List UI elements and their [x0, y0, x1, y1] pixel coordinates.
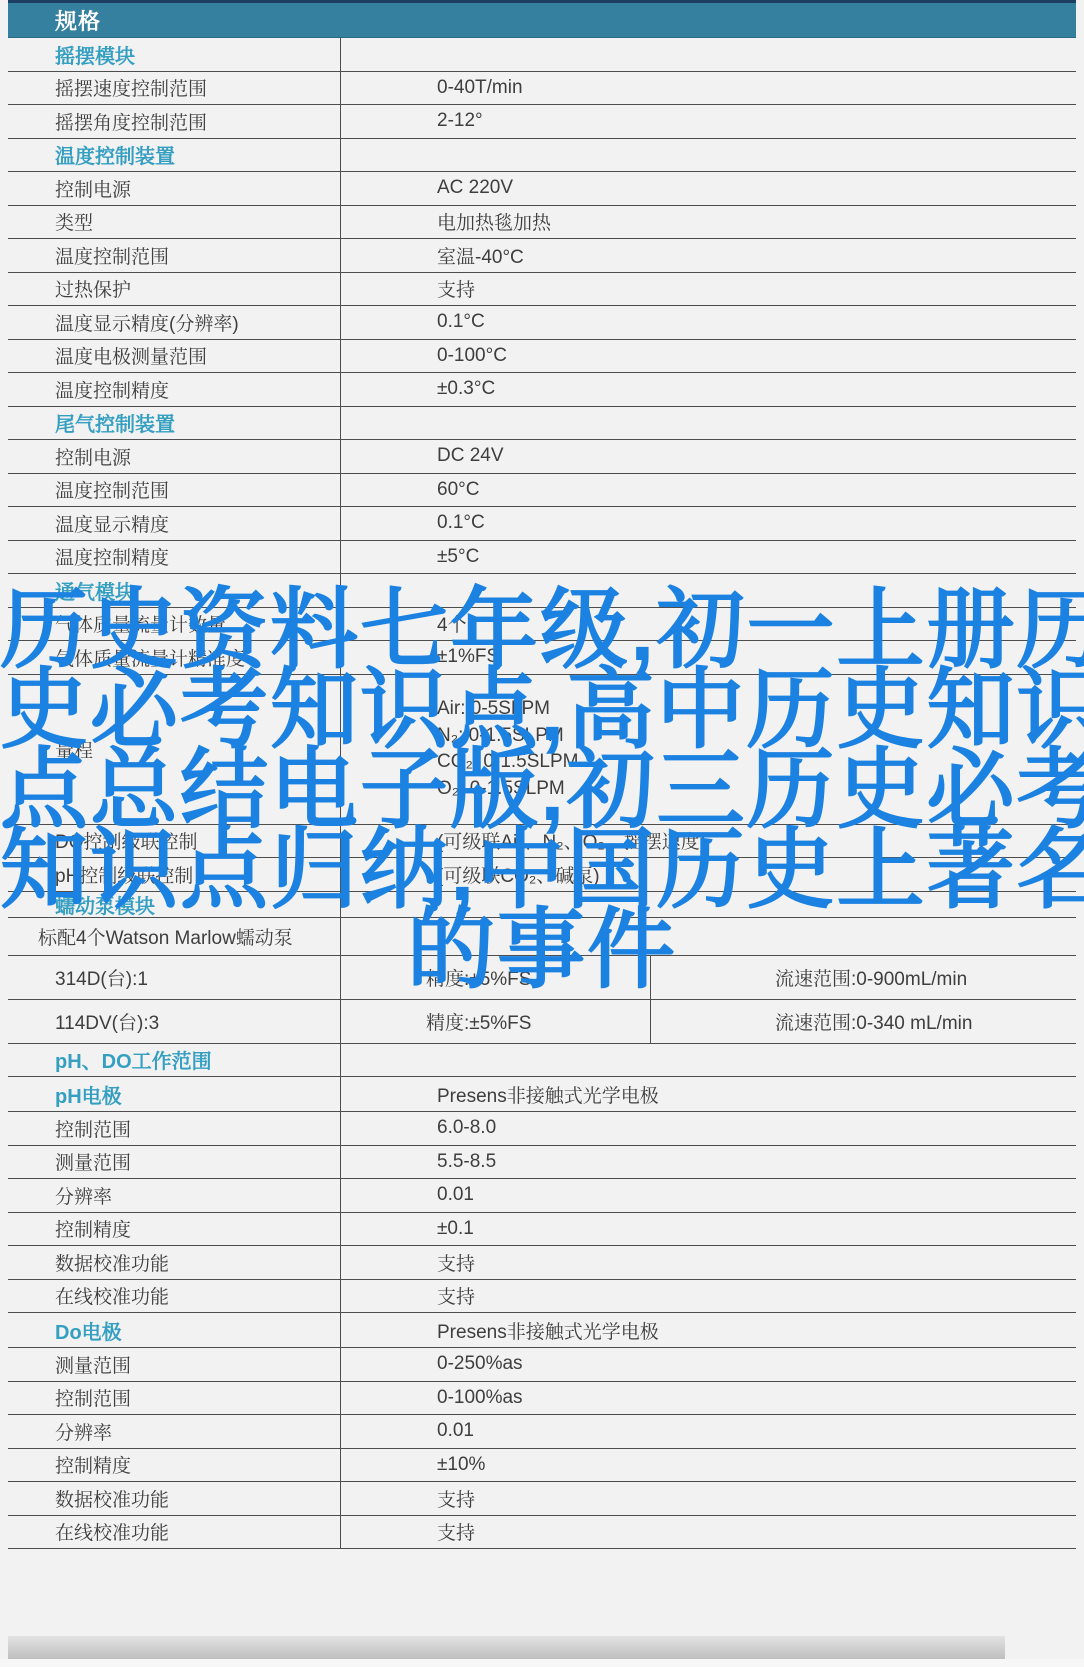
column-divider: [340, 608, 341, 642]
gas-range-line: N₂: 0-1.5SLPM: [437, 723, 1076, 750]
row-value: (可级联CO₂、碱泵): [340, 861, 1076, 888]
table-row: 气体质量流量计精准度±1%FS: [8, 641, 1076, 675]
table-row: 测量范围0-250%as: [8, 1348, 1076, 1382]
column-divider: [340, 172, 341, 206]
row-value: 4个: [340, 610, 1076, 637]
table-row: 量程Air: 0-5SLPMN₂: 0-1.5SLPMCO₂: 0-1.5SLP…: [8, 675, 1076, 825]
column-divider: [340, 1000, 341, 1044]
column-divider: [650, 1000, 651, 1044]
table-row: 114DV(台):3精度:±5%FS流速范围:0-340 mL/min: [8, 1000, 1076, 1044]
row-label: 控制精度: [8, 1215, 340, 1242]
row-label: 控制精度: [8, 1451, 340, 1478]
column-divider: [340, 825, 341, 859]
spec-sheet-page: 规格 摇摆模块摇摆速度控制范围0-40T/min摇摆角度控制范围2-12°温度控…: [0, 0, 1084, 1667]
column-divider: [340, 641, 341, 675]
row-value: Air: 0-5SLPMN₂: 0-1.5SLPMCO₂: 0-1.5SLPMO…: [340, 696, 1076, 802]
row-value: 支持: [340, 275, 1076, 302]
row-label: 蠕动泵模块: [8, 890, 340, 919]
table-row: 控制电源DC 24V: [8, 440, 1076, 474]
section-row: 通气模块: [8, 574, 1076, 608]
table-row: 控制精度±0.1: [8, 1213, 1076, 1247]
row-label: 测量范围: [8, 1148, 340, 1175]
row-label: 摇摆模块: [8, 40, 340, 69]
page-bottom-strip: [0, 1659, 1084, 1667]
spec-table: 规格 摇摆模块摇摆速度控制范围0-40T/min摇摆角度控制范围2-12°温度控…: [8, 0, 1076, 1549]
table-row: 温度控制精度±0.3°C: [8, 373, 1076, 407]
row-value: 0.01: [340, 1184, 1076, 1206]
row-value: 2-12°: [340, 110, 1076, 132]
column-divider: [340, 1348, 341, 1382]
column-divider: [340, 858, 341, 892]
row-precision: 精度:±5%FS: [340, 964, 650, 991]
row-value: 支持: [340, 1282, 1076, 1309]
column-divider: [340, 273, 341, 307]
table-row: 温度控制范围60°C: [8, 474, 1076, 508]
row-label: 摇摆角度控制范围: [8, 108, 340, 135]
row-label: 气体质量流量计数量: [8, 610, 340, 637]
column-divider: [340, 105, 341, 139]
column-divider: [340, 1516, 341, 1550]
table-row: 摇摆速度控制范围0-40T/min: [8, 72, 1076, 106]
table-header-bar: 规格: [8, 3, 1076, 38]
column-divider: [340, 373, 341, 407]
row-label: 控制范围: [8, 1115, 340, 1142]
table-row: 测量范围5.5-8.5: [8, 1146, 1076, 1180]
table-row: 摇摆角度控制范围2-12°: [8, 105, 1076, 139]
row-value: 支持: [340, 1485, 1076, 1512]
row-label: 314D(台):1: [8, 964, 340, 991]
table-row: 气体质量流量计数量4个: [8, 608, 1076, 642]
row-label: 温度显示精度: [8, 510, 340, 537]
table-row: 在线校准功能支持: [8, 1516, 1076, 1550]
row-label: 在线校准功能: [8, 1518, 340, 1545]
column-divider: [340, 340, 341, 374]
column-divider: [340, 239, 341, 273]
column-divider: [340, 1077, 341, 1112]
row-label: pH、DO工作范围: [8, 1045, 340, 1074]
row-label: 量程: [8, 736, 340, 763]
row-value: ±1%FS: [340, 646, 1076, 668]
column-divider: [340, 1179, 341, 1213]
row-value: (可级联Air、N₂、O₂、摇摆速度): [340, 827, 1076, 854]
section-row: 尾气控制装置: [8, 407, 1076, 441]
column-divider: [340, 38, 341, 72]
table-row: 标配4个Watson Marlow蠕动泵: [8, 918, 1076, 956]
row-value: ±0.1: [340, 1218, 1076, 1240]
row-label: 控制范围: [8, 1384, 340, 1411]
gas-range-line: Air: 0-5SLPM: [437, 696, 1076, 723]
row-value: 0.1°C: [340, 512, 1076, 534]
column-divider: [340, 918, 341, 956]
row-label: 温度控制装置: [8, 140, 340, 169]
row-flow-range: 流速范围:0-900mL/min: [650, 964, 1076, 991]
row-label: 温度控制范围: [8, 242, 340, 269]
row-value: 0-100°C: [340, 345, 1076, 367]
table-row: pH控制级联控制(可级联CO₂、碱泵): [8, 858, 1076, 892]
row-value: 6.0-8.0: [340, 1117, 1076, 1139]
table-row: DO控制级联控制(可级联Air、N₂、O₂、摇摆速度): [8, 825, 1076, 859]
column-divider: [340, 574, 341, 608]
column-divider: [340, 72, 341, 106]
row-label: 温度电极测量范围: [8, 342, 340, 369]
table-row: 在线校准功能支持: [8, 1280, 1076, 1314]
gas-range-line: O₂: 0-1.5SLPM: [437, 776, 1076, 803]
table-title: 规格: [8, 5, 101, 36]
row-note: 标配4个Watson Marlow蠕动泵: [8, 923, 293, 950]
row-label: 分辨率: [8, 1418, 340, 1445]
page-bottom-band: [8, 1636, 1005, 1659]
row-value: 0.1°C: [340, 311, 1076, 333]
table-row: 分辨率0.01: [8, 1179, 1076, 1213]
row-value: ±5°C: [340, 546, 1076, 568]
row-value: 5.5-8.5: [340, 1151, 1076, 1173]
row-label: 过热保护: [8, 275, 340, 302]
table-row: 类型电加热毯加热: [8, 206, 1076, 240]
table-row: pH电极Presens非接触式光学电极: [8, 1077, 1076, 1112]
table-row: 控制范围0-100%as: [8, 1382, 1076, 1416]
column-divider: [340, 1213, 341, 1247]
row-label: 温度控制精度: [8, 376, 340, 403]
column-divider: [340, 206, 341, 240]
column-divider: [340, 1415, 341, 1449]
column-divider: [340, 892, 341, 918]
row-label: 控制电源: [8, 443, 340, 470]
table-row: 温度控制精度±5°C: [8, 541, 1076, 575]
spec-table-body: 摇摆模块摇摆速度控制范围0-40T/min摇摆角度控制范围2-12°温度控制装置…: [8, 38, 1076, 1549]
row-label: 在线校准功能: [8, 1282, 340, 1309]
row-label: 测量范围: [8, 1351, 340, 1378]
column-divider: [340, 1112, 341, 1146]
row-label: pH电极: [8, 1080, 340, 1109]
table-row: 温度显示精度0.1°C: [8, 507, 1076, 541]
row-label: pH控制级联控制: [8, 861, 340, 888]
row-label: 类型: [8, 208, 340, 235]
table-row: 314D(台):1精度:±5%FS流速范围:0-900mL/min: [8, 956, 1076, 1000]
row-value: 0-100%as: [340, 1387, 1076, 1409]
table-row: 温度显示精度(分辨率)0.1°C: [8, 306, 1076, 340]
table-row: 温度电极测量范围0-100°C: [8, 340, 1076, 374]
column-divider: [340, 956, 341, 1000]
column-divider: [340, 407, 341, 441]
table-row: 数据校准功能支持: [8, 1246, 1076, 1280]
table-row: Do电极Presens非接触式光学电极: [8, 1313, 1076, 1348]
gas-range-line: CO₂: 0-1.5SLPM: [437, 749, 1076, 776]
row-label: 数据校准功能: [8, 1249, 340, 1276]
column-divider: [340, 541, 341, 575]
row-value: 支持: [340, 1518, 1076, 1545]
column-divider: [340, 440, 341, 474]
row-label: 温度显示精度(分辨率): [8, 309, 340, 336]
section-row: 温度控制装置: [8, 139, 1076, 173]
row-value: 室温-40°C: [340, 242, 1076, 269]
column-divider: [340, 1280, 341, 1314]
section-row: pH、DO工作范围: [8, 1044, 1076, 1078]
row-value: Presens非接触式光学电极: [340, 1317, 1076, 1344]
row-label: 温度控制精度: [8, 543, 340, 570]
row-label: 数据校准功能: [8, 1485, 340, 1512]
row-value: ±10%: [340, 1454, 1076, 1476]
row-precision: 精度:±5%FS: [340, 1008, 650, 1035]
column-divider: [340, 1449, 341, 1483]
row-value: 支持: [340, 1249, 1076, 1276]
row-label: DO控制级联控制: [8, 827, 340, 854]
column-divider: [340, 1482, 341, 1516]
column-divider: [340, 1146, 341, 1180]
table-row: 数据校准功能支持: [8, 1482, 1076, 1516]
row-label: 尾气控制装置: [8, 408, 340, 437]
row-value: 0-40T/min: [340, 77, 1076, 99]
column-divider: [340, 507, 341, 541]
row-label: 控制电源: [8, 175, 340, 202]
table-row: 控制精度±10%: [8, 1449, 1076, 1483]
column-divider: [340, 1313, 341, 1348]
row-label: 温度控制范围: [8, 476, 340, 503]
row-value: ±0.3°C: [340, 378, 1076, 400]
column-divider: [340, 1382, 341, 1416]
row-label: 摇摆速度控制范围: [8, 74, 340, 101]
table-row: 控制电源AC 220V: [8, 172, 1076, 206]
column-divider: [340, 474, 341, 508]
table-row: 过热保护支持: [8, 273, 1076, 307]
row-value: Presens非接触式光学电极: [340, 1081, 1076, 1108]
column-divider: [340, 306, 341, 340]
row-label: 114DV(台):3: [8, 1008, 340, 1035]
section-row: 摇摆模块: [8, 38, 1076, 72]
column-divider: [340, 139, 341, 173]
row-value: DC 24V: [340, 445, 1076, 467]
column-divider: [340, 675, 341, 825]
row-value: 电加热毯加热: [340, 208, 1076, 235]
table-row: 控制范围6.0-8.0: [8, 1112, 1076, 1146]
row-label: 通气模块: [8, 576, 340, 605]
column-divider: [340, 1044, 341, 1078]
column-divider: [340, 1246, 341, 1280]
row-value: 0-250%as: [340, 1353, 1076, 1375]
row-label: 分辨率: [8, 1182, 340, 1209]
row-flow-range: 流速范围:0-340 mL/min: [650, 1008, 1076, 1035]
row-label: Do电极: [8, 1316, 340, 1345]
table-row: 分辨率0.01: [8, 1415, 1076, 1449]
row-value: 0.01: [340, 1420, 1076, 1442]
row-value: AC 220V: [340, 177, 1076, 199]
table-row: 温度控制范围室温-40°C: [8, 239, 1076, 273]
row-value: 60°C: [340, 479, 1076, 501]
column-divider: [650, 956, 651, 1000]
section-row: 蠕动泵模块: [8, 892, 1076, 918]
row-label: 气体质量流量计精准度: [8, 644, 340, 671]
